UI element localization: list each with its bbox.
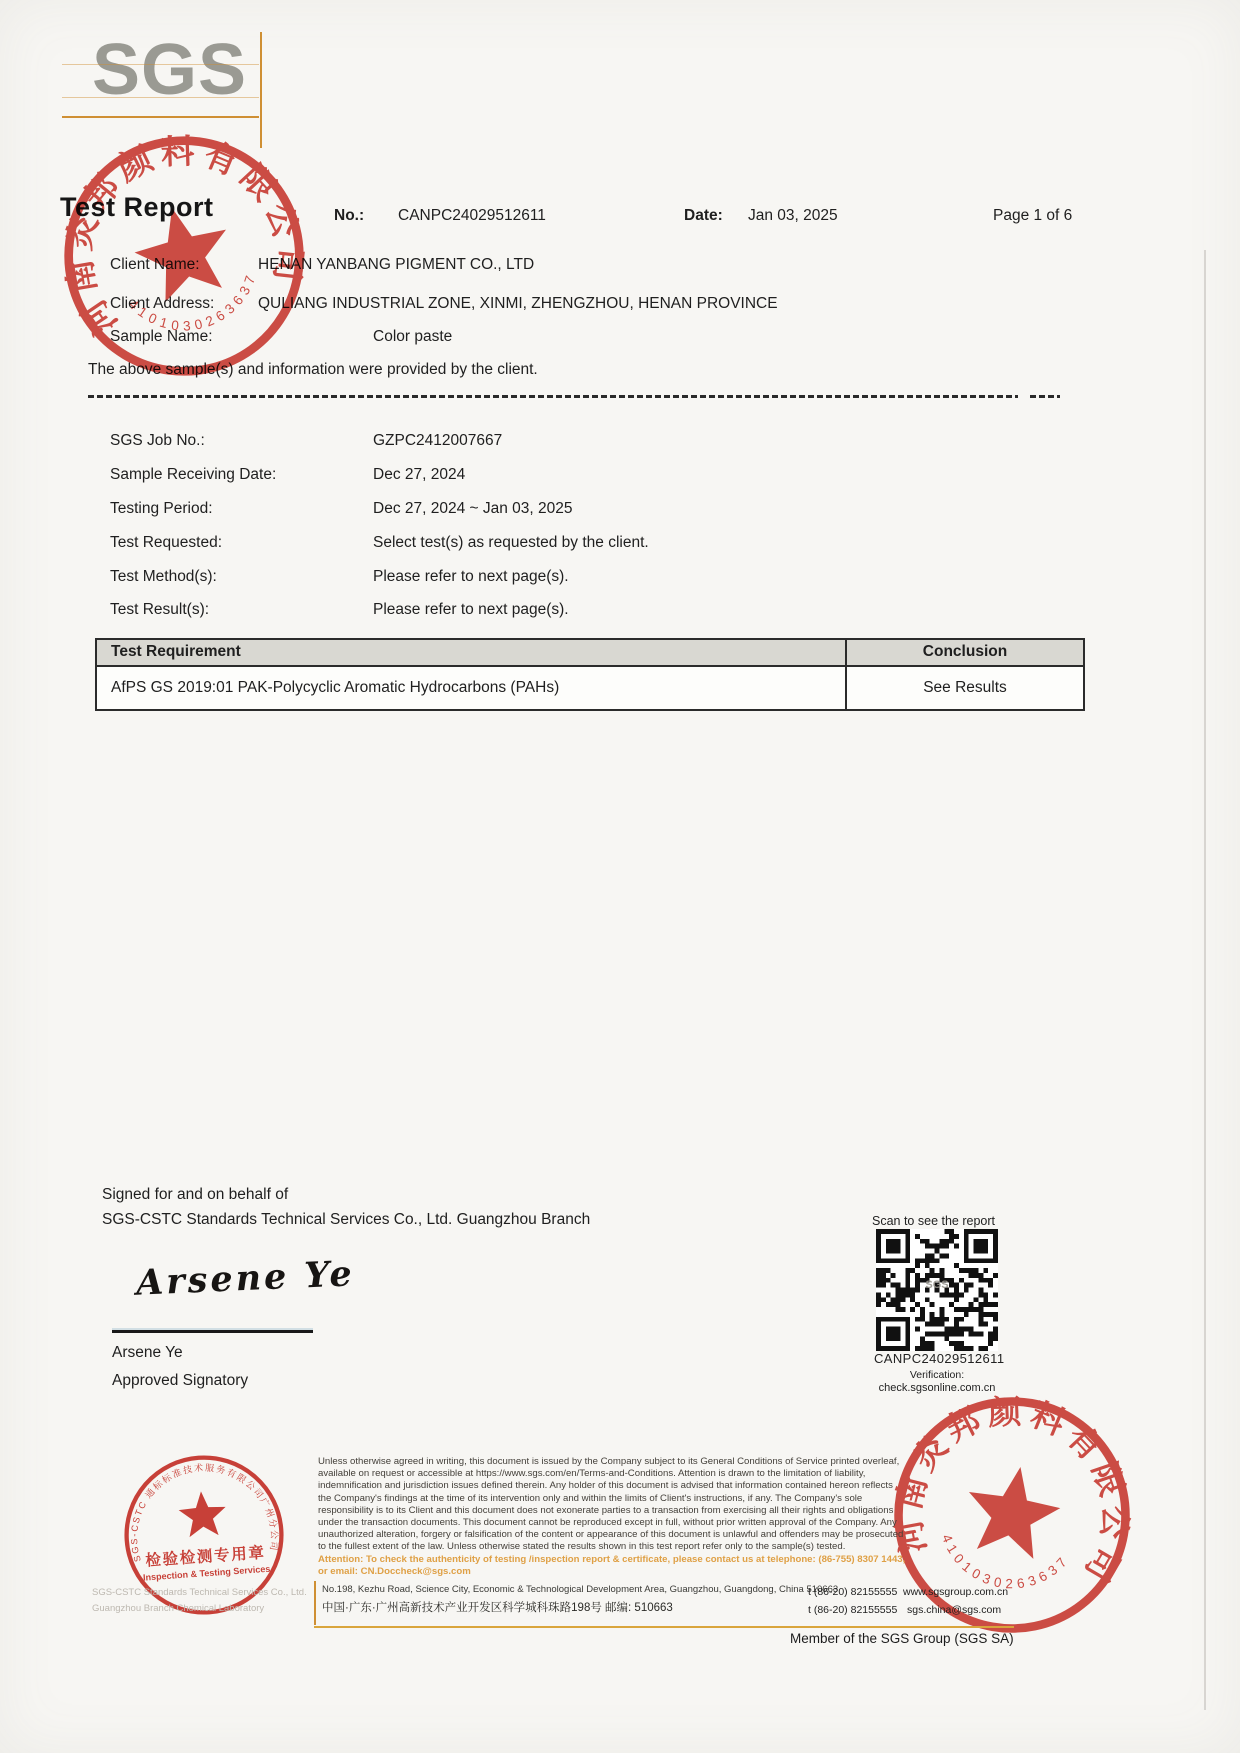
sgs-member-line: Member of the SGS Group (SGS SA)	[790, 1631, 1014, 1646]
client-name-value: HENAN YANBANG PIGMENT CO., LTD	[258, 256, 534, 274]
footer-company-line: Guangzhou Branch Chemical Laboratory	[92, 1601, 322, 1617]
client-name-label: Client Name:	[110, 256, 200, 274]
sgs-seal-ring-text: SGS-CSTC 通标标准技术服务有限公司广州分公司	[124, 1457, 282, 1564]
footer-address-en: No.198, Kezhu Road, Science City, Econom…	[322, 1584, 838, 1595]
sample-provided-note: The above sample(s) and information were…	[88, 361, 538, 379]
report-title: Test Report	[60, 192, 214, 223]
sgs-logo: SGS	[92, 34, 247, 106]
attention-line: or email: CN.Doccheck@sgs.com	[318, 1566, 968, 1578]
footer-email: sgs.china@sgs.com	[907, 1604, 1001, 1616]
legal-line: indemnification and jurisdiction issues …	[318, 1480, 968, 1492]
legal-line: under the transaction documents. This do…	[318, 1517, 968, 1529]
table-row: AfPS GS 2019:01 PAK-Polycyclic Aromatic …	[97, 667, 1083, 709]
qr-center-sgs-label: SGS	[876, 1279, 998, 1291]
handwritten-signature: Arsene Ye	[135, 1253, 355, 1304]
results-table-cell-requirement: AfPS GS 2019:01 PAK-Polycyclic Aromatic …	[97, 667, 847, 709]
seal-star-icon	[177, 1490, 227, 1538]
footer-address-underline	[314, 1626, 1014, 1628]
report-date-label: Date:	[684, 207, 723, 225]
scan-edge-artifact	[1204, 250, 1206, 1710]
signatory-role: Approved Signatory	[112, 1372, 248, 1390]
results-table-header-conclusion: Conclusion	[847, 640, 1083, 665]
legal-line: available on request or accessible at ht…	[318, 1468, 968, 1480]
signature-line	[112, 1330, 313, 1333]
client-address-value: QULIANG INDUSTRIAL ZONE, XINMI, ZHENGZHO…	[258, 295, 778, 313]
legal-line: to the fullest extent of the law. Unless…	[318, 1541, 968, 1553]
info-row-label: Testing Period:	[110, 500, 213, 518]
report-no-label: No.:	[334, 207, 364, 225]
legal-line: unauthorized alteration, forgery or fals…	[318, 1529, 968, 1541]
info-row-value: Please refer to next page(s).	[373, 601, 569, 619]
seal-star-icon	[959, 1459, 1066, 1562]
footer-phone-1: t (86-20) 82155555	[808, 1586, 897, 1598]
legal-line: the Company's findings at the time of it…	[318, 1493, 968, 1505]
legal-line: responsibility is to its Client and this…	[318, 1505, 968, 1517]
qr-report-number: CANPC24029512611	[874, 1351, 1004, 1366]
results-table-cell-conclusion: See Results	[847, 667, 1083, 709]
info-row-value: Dec 27, 2024 ~ Jan 03, 2025	[373, 500, 573, 518]
registration-mark-vertical	[260, 32, 262, 148]
info-row-value: Select test(s) as requested by the clien…	[373, 534, 649, 552]
info-row-label: Sample Receiving Date:	[110, 466, 276, 484]
signed-for-line: Signed for and on behalf of	[102, 1186, 288, 1204]
signatory-name: Arsene Ye	[112, 1344, 183, 1362]
info-row-value: Dec 27, 2024	[373, 466, 465, 484]
results-table-header-requirement: Test Requirement	[97, 640, 847, 665]
legal-disclaimer: Unless otherwise agreed in writing, this…	[318, 1456, 968, 1578]
info-row-value: Please refer to next page(s).	[373, 568, 569, 586]
footer-company-line: SGS-CSTC Standards Technical Services Co…	[92, 1585, 322, 1601]
info-row-label: Test Result(s):	[110, 601, 209, 619]
client-address-label: Client Address:	[110, 295, 214, 313]
qr-caption: Scan to see the report	[872, 1214, 995, 1228]
test-report-page: SGS Test Report No.: CANPC24029512611 Da…	[0, 0, 1240, 1753]
report-no-value: CANPC24029512611	[398, 207, 546, 225]
results-table-header-row: Test Requirement Conclusion	[97, 640, 1083, 667]
page-number: Page 1 of 6	[993, 207, 1072, 225]
report-date-value: Jan 03, 2025	[748, 207, 838, 225]
footer-address-divider	[314, 1581, 316, 1625]
qr-verification-label: Verification:	[862, 1369, 1012, 1381]
registration-mark-horizontal-faint-2	[62, 97, 259, 98]
footer-address-zh: 中国·广东·广州高新技术产业开发区科学城科珠路198号 邮编: 510663	[322, 1599, 673, 1615]
footer-company-watermark: SGS-CSTC Standards Technical Services Co…	[92, 1585, 322, 1617]
qr-verification-url: check.sgsonline.com.cn	[862, 1382, 1012, 1394]
registration-mark-horizontal-faint-1	[62, 64, 259, 65]
results-table: Test Requirement Conclusion AfPS GS 2019…	[95, 638, 1085, 711]
registration-mark-horizontal	[62, 116, 259, 118]
info-row-label: SGS Job No.:	[110, 432, 205, 450]
legal-line: Unless otherwise agreed in writing, this…	[318, 1456, 968, 1468]
sgs-seal-line1: 检验检测专用章	[145, 1542, 266, 1569]
footer-phone-2: t (86-20) 82155555	[808, 1604, 897, 1616]
signing-company-line: SGS-CSTC Standards Technical Services Co…	[102, 1211, 590, 1229]
info-row-value: GZPC2412007667	[373, 432, 502, 450]
info-row-label: Test Requested:	[110, 534, 222, 552]
attention-line: Attention: To check the authenticity of …	[318, 1554, 968, 1566]
sample-name-value: Color paste	[373, 328, 452, 346]
info-row-label: Test Method(s):	[110, 568, 217, 586]
footer-website: www.sgsgroup.com.cn	[903, 1586, 1008, 1598]
svg-text:SGS-CSTC 通标标准技术服务有限公司广州分公司: SGS-CSTC 通标标准技术服务有限公司广州分公司	[124, 1457, 282, 1564]
dashed-separator-segment	[1030, 395, 1060, 398]
sgs-seal-line2: Inspection & Testing Services	[143, 1564, 271, 1583]
sample-name-label: Sample Name:	[110, 328, 213, 346]
dashed-separator	[88, 395, 1018, 398]
